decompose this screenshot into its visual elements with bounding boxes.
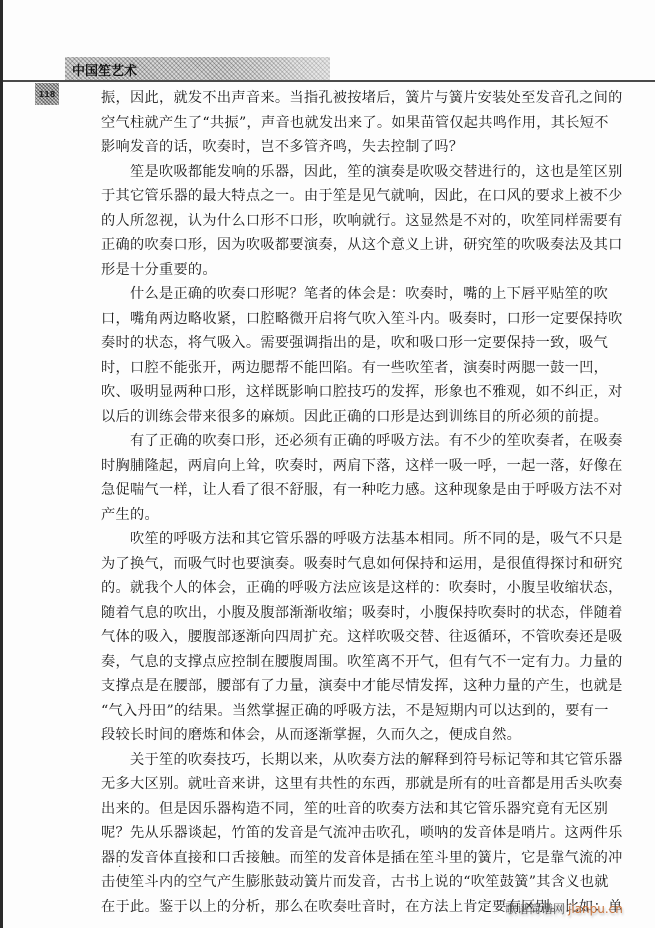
text-line: “气入丹田”的结果。当然掌握正确的呼吸方法，不是短期内可以达到的，要有一	[101, 699, 573, 724]
text-line: 关于笙的吹奏技巧，长期以来，从吹奏方法的解释到符号标记等和其它管乐器	[101, 748, 573, 773]
text-line: 无多大区别。就吐音来讲，这里有共性的东西，那就是所有的吐音都是用舌头吹奏	[101, 772, 573, 797]
header-rule	[3, 80, 655, 82]
page-edge	[0, 0, 3, 928]
text-line: 于其它管乐器的最大特点之一。由于笙是见气就响，因此，在口风的要求上被不少	[101, 184, 573, 209]
running-header-title: 中国笙艺术	[72, 60, 137, 79]
watermark: 歌谱简谱网jianpu.cn	[505, 900, 623, 917]
text-line: 影响发音的话，吹奏时，岂不多管齐鸣，失去控制了吗？	[101, 135, 573, 160]
text-line: 空气柱就产生了“共振”，声音也就发出来了。如果苗管仅起共鸣作用，其长短不	[101, 111, 573, 136]
text-line: 支撑点是在腰部，腰部有了力量，演奏中才能尽情发挥，这种力量的产生，也就是	[101, 674, 573, 699]
text-line: 口，嘴角两边略收紧，口腔略微开启将气吹入笙斗内。吸奏时，口形一定要保持吹	[101, 307, 573, 332]
text-line: 产生的。	[101, 503, 573, 528]
text-line: 在于此。鉴于以上的分析，那么在吹奏吐音时，在方法上肯定要有区别。比如：单	[101, 895, 573, 920]
text-line: 出来的。但是因乐器构造不同，笙的吐音的吹奏方法和其它管乐器究竟有无区别	[101, 797, 573, 822]
watermark-site: jianpu.cn	[568, 902, 623, 916]
text-line: 呢？先从乐器谈起，竹笛的发音是气流冲击吹孔，唢呐的发音体是哨片。这两件乐	[101, 821, 573, 846]
body-text: 振，因此，就发不出声音来。当指孔被按堵后，簧片与簧片安装处至发音孔之间的空气柱就…	[101, 86, 573, 919]
page-number: 118	[39, 90, 56, 99]
text-line: 什么是正确的吹奏口形呢？笔者的体会是：吹奏时，嘴的上下唇平贴笙的吹	[101, 282, 573, 307]
text-line: 吹笙的呼吸方法和其它管乐器的呼吸方法基本相同。所不同的是，吸气不只是	[101, 527, 573, 552]
text-line: 以后的训练会带来很多的麻烦。因此正确的口形是达到训练目的所必须的前提。	[101, 405, 573, 430]
text-line: 器的发音体直接和口舌接触。而笙的发音体是插在笙斗里的簧片，它是靠气流的冲	[101, 846, 573, 871]
text-line: 段较长时间的磨炼和体会，从而逐渐掌握，久而久之，便成自然。	[101, 723, 573, 748]
text-line: 时胸脯隆起，两肩向上耸，吹奏时，两肩下落，这样一吸一呼，一起一落，好像在	[101, 454, 573, 479]
text-line: 时，口腔不能张开，两边腮帮不能凹陷。有一些吹笙者，演奏时两腮一鼓一凹，	[101, 356, 573, 381]
page-number-badge: 118	[35, 83, 59, 105]
text-line: 奏，气息的支撑点应控制在腰腹周围。吹笙离不开气，但有气不一定有力。力量的	[101, 650, 573, 675]
text-line: 奏时的状态，将气吸入。需要强调指出的是，吹和吸口形一定要保持一致，吸气	[101, 331, 573, 356]
text-line: 笙是吹吸都能发响的乐器，因此，笙的演奏是吹吸交替进行的，这也是笙区别	[101, 160, 573, 185]
text-line: 击使笙斗内的空气产生膨胀鼓动簧片而发音，古书上说的“吹笙鼓簧”其含义也就	[101, 870, 573, 895]
stray-mark: ·	[118, 862, 121, 873]
text-line: 有了正确的吹奏口形，还必须有正确的呼吸方法。有不少的笙吹奏者，在吸奏	[101, 429, 573, 454]
text-line: 急促喘气一样，让人看了很不舒服，有一种吃力感。这种现象是由于呼吸方法不对	[101, 478, 573, 503]
text-line: 的。就我个人的体会，正确的呼吸方法应该是这样的：吹奏时，小腹呈收缩状态，	[101, 576, 573, 601]
text-line: 正确的吹奏口形，因为吹吸都要演奏，从这个意义上讲，研究笙的吹吸奏法及其口	[101, 233, 573, 258]
text-line: 气体的吸入，腰腹部逐渐向四周扩充。这样吹吸交替、往返循环，不管吹奏还是吸	[101, 625, 573, 650]
text-line: 的人所忽视，认为什么口形不口形，吹响就行。这显然是不对的，吹笙同样需要有	[101, 209, 573, 234]
text-line: 为了换气，而吸气时也要演奏。吸奏时气息如何保持和运用，是很值得探讨和研究	[101, 552, 573, 577]
text-line: 吹、吸明显两种口形，这样既影响口腔技巧的发挥，形象也不雅观，如不纠正，对	[101, 380, 573, 405]
text-line: 随着气息的吹出，小腹及腹部渐渐收缩；吸奏时，小腹保持吹奏时的状态，伴随着	[101, 601, 573, 626]
watermark-name: 歌谱简谱网	[505, 902, 565, 916]
text-line: 振，因此，就发不出声音来。当指孔被按堵后，簧片与簧片安装处至发音孔之间的	[101, 86, 573, 111]
text-line: 形是十分重要的。	[101, 258, 573, 283]
